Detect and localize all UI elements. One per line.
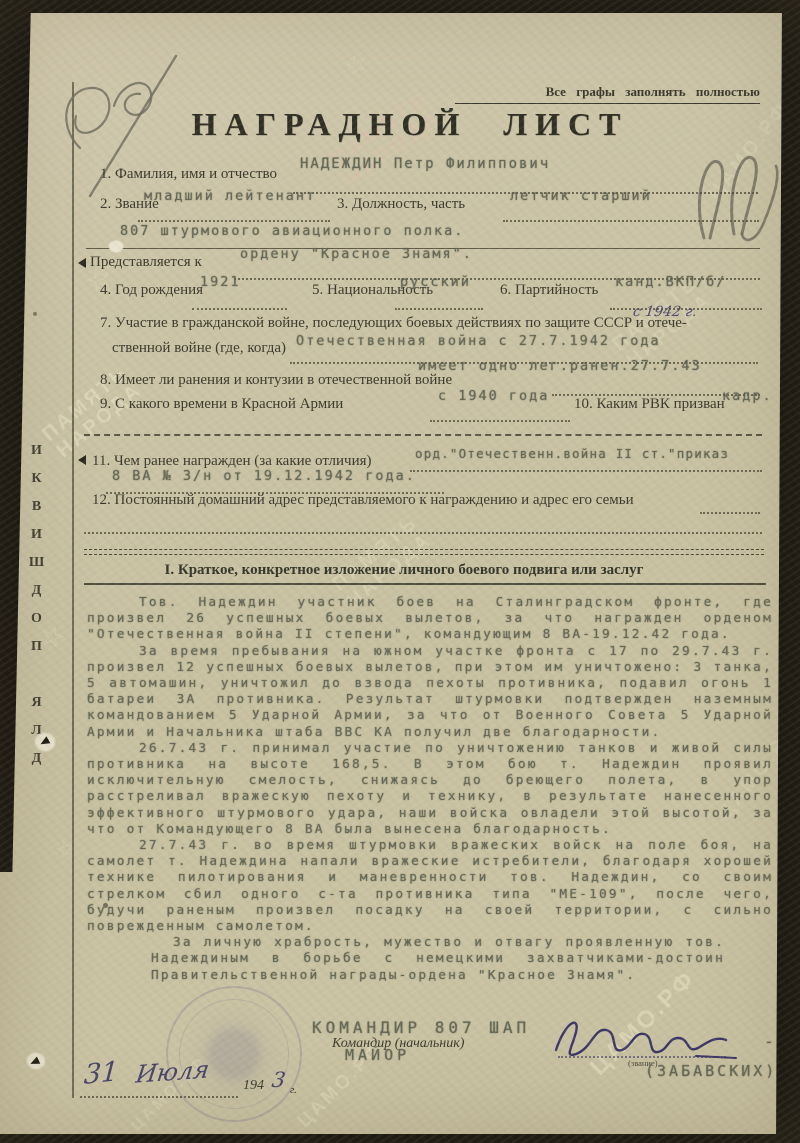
date-month: Июля xyxy=(134,1055,211,1088)
scan-border-bottom xyxy=(0,1134,800,1143)
paper-hole xyxy=(108,240,124,253)
field-6-value: канд.ВКП/б/ xyxy=(615,274,726,290)
field-10-label: 10. Каким РВК призван xyxy=(574,396,725,413)
pencil-mark-right xyxy=(682,138,792,253)
underline xyxy=(410,468,762,472)
scanned-award-sheet: ПАМЯТЬ НАРОДА ПАМЯТЬ НАРОДА ПАМЯТЬ НАРОД… xyxy=(0,0,800,1143)
commander-typed-title: КОМАНДИР 807 ШАП xyxy=(312,1018,530,1037)
date-printed-year: 194 xyxy=(243,1078,264,1094)
field-3-label: 3. Должность, часть xyxy=(337,196,465,213)
scan-border-left xyxy=(0,0,31,872)
divider-dashed xyxy=(84,434,762,436)
date-day: 31 xyxy=(83,1056,119,1091)
field-8-value: имеет одно лег.ранен.27.7.43 xyxy=(418,358,702,374)
date-underline xyxy=(80,1094,238,1098)
field-10-value: кадр. xyxy=(722,388,773,404)
field-3-value: летчик старший xyxy=(510,188,652,204)
margin-tick-icon xyxy=(78,455,86,465)
signature-underline xyxy=(558,1054,726,1058)
section-1-heading: I. Краткое, конкретное изложение личного… xyxy=(84,562,724,579)
citation-paragraph-conclusion: За личную храбрость, мужество и отвагу п… xyxy=(151,935,725,984)
underline xyxy=(138,218,330,222)
date-year-suffix: г. xyxy=(290,1084,297,1096)
citation-paragraph: За время пребывания на южном участке фро… xyxy=(87,644,773,741)
field-9-label: 9. С какого времени в Красной Армии xyxy=(100,396,343,413)
rule-heavy-solid xyxy=(84,583,766,585)
present-value: ордену "Красное Знамя". xyxy=(240,246,473,262)
field-9-value: с 1940 года xyxy=(438,388,549,404)
field-5-value: русский xyxy=(400,274,471,290)
underline xyxy=(430,418,570,422)
citation-text: Тов. Надеждин участник боев на Сталингра… xyxy=(87,595,773,984)
dash-mark: - xyxy=(764,1032,776,1051)
underline xyxy=(700,510,760,514)
page-title: НАГРАДНОЙ ЛИСТ xyxy=(90,106,730,143)
watermark-star-icon: ☆ xyxy=(341,47,373,83)
field-7-value: Отечественная война с 27.7.1942 года xyxy=(296,333,661,349)
paper-speck xyxy=(103,903,108,908)
field-11-value-line1: орд."Отечественн.война II ст."приказ xyxy=(415,446,729,461)
field-4-label: 4. Год рождения xyxy=(100,282,203,299)
commander-typed-rank: МАЙОР xyxy=(345,1046,410,1064)
underline xyxy=(503,218,759,222)
present-label: Представляется к xyxy=(90,254,202,271)
field-1-label: 1. Фамилия, имя и отчество xyxy=(100,166,277,183)
commander-surname: (ЗАБАВСКИХ) xyxy=(645,1062,777,1080)
field-7-label-line1: 7. Участие в гражданской войне, последую… xyxy=(100,315,687,332)
underline-blank-address xyxy=(84,530,762,534)
rule-heavy-dashed xyxy=(84,549,764,555)
field-8-label: 8. Имеет ли ранения и контузии в отечест… xyxy=(100,372,452,389)
underline xyxy=(192,306,287,310)
round-stamp xyxy=(166,986,302,1122)
citation-paragraph: 27.7.43 г. во время штурмовки вражеских … xyxy=(87,838,773,935)
field-4-value: 1921 xyxy=(200,274,241,290)
watermark-star-icon: ☆ xyxy=(52,833,80,866)
underline xyxy=(395,306,483,310)
field-3-value-line2: 807 штурмового авиационного полка. xyxy=(120,223,464,239)
field-7-label-line2: ственной войне (где, когда) xyxy=(112,340,286,357)
margin-tick-icon xyxy=(78,258,86,268)
field-12-label: 12. Постоянный домашний адрес представля… xyxy=(92,492,634,509)
scan-border-top xyxy=(0,0,800,13)
field-1-value: НАДЕЖДИН Петр Филиппович xyxy=(300,156,550,172)
margin-vertical-rule xyxy=(72,82,74,1098)
field-2-value: младший лейтенант xyxy=(144,188,316,204)
field-11-value-line2: 8 ВА № 3/н от 19.12.1942 года. xyxy=(112,468,416,484)
paper-speck xyxy=(33,312,37,316)
citation-paragraph: 26.7.43 г. принимал участие по уничтожен… xyxy=(87,741,773,838)
field-6-label: 6. Партийность xyxy=(500,282,598,299)
citation-paragraph: Тов. Надеждин участник боев на Сталингра… xyxy=(87,595,773,644)
fill-all-fields-note: Все графы заполнять полностью xyxy=(455,84,760,104)
